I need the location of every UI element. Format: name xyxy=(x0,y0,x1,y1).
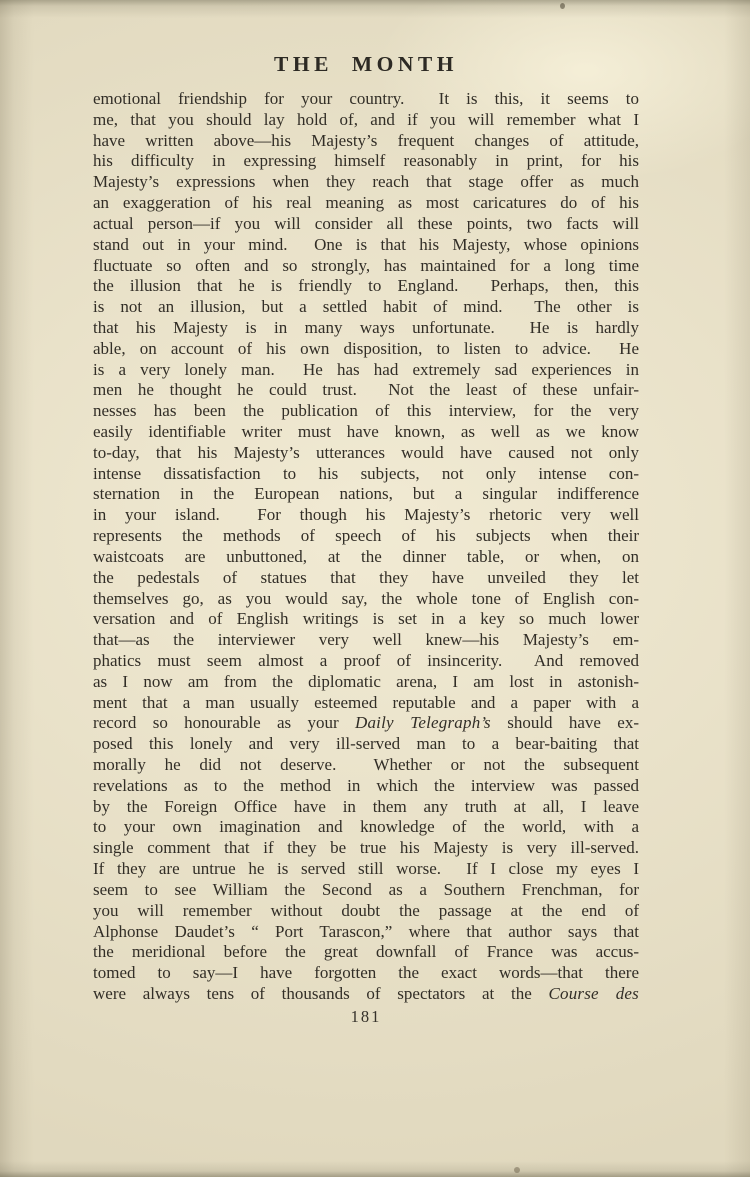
text-line: waistcoats are unbuttoned, at the dinner… xyxy=(93,547,639,568)
text-line: were always tens of thousands of spectat… xyxy=(93,984,639,1005)
text-line: in your island. For though his Majesty’s… xyxy=(93,505,639,526)
text-line: me, that you should lay hold of, and if … xyxy=(93,110,639,131)
book-page: THE MONTH emotional friendship for your … xyxy=(0,0,750,1177)
text-line: versation and of English writings is set… xyxy=(93,609,639,630)
text-line: to-day, that his Majesty’s utterances wo… xyxy=(93,443,639,464)
text-line: phatics must seem almost a proof of insi… xyxy=(93,651,639,672)
text-line: morally he did not deserve. Whether or n… xyxy=(93,755,639,776)
text-line: an exaggeration of his real meaning as m… xyxy=(93,193,639,214)
text-line: emotional friendship for your country. I… xyxy=(93,89,639,110)
text-line: is a very lonely man. He has had extreme… xyxy=(93,360,639,381)
text-line: that his Majesty is in many ways unfortu… xyxy=(93,318,639,339)
page-header: THE MONTH xyxy=(93,52,639,77)
text-line: single comment that if they be true his … xyxy=(93,838,639,859)
text-line: sternation in the European nations, but … xyxy=(93,484,639,505)
text-line: the pedestals of statues that they have … xyxy=(93,568,639,589)
text-line: actual person—if you will consider all t… xyxy=(93,214,639,235)
page-number: 181 xyxy=(93,1007,639,1027)
text-line: by the Foreign Office have in them any t… xyxy=(93,797,639,818)
text-line: fluctuate so often and so strongly, has … xyxy=(93,256,639,277)
text-line: able, on account of his own disposition,… xyxy=(93,339,639,360)
text-line: nesses has been the publication of this … xyxy=(93,401,639,422)
text-line: Alphonse Daudet’s “ Port Tarascon,” wher… xyxy=(93,922,639,943)
text-line: If they are untrue he is served still wo… xyxy=(93,859,639,880)
text-line: as I now am from the diplomatic arena, I… xyxy=(93,672,639,693)
text-line: is not an illusion, but a settled habit … xyxy=(93,297,639,318)
text-line: record so honourable as your Daily Teleg… xyxy=(93,713,639,734)
text-line: easily identifiable writer must have kno… xyxy=(93,422,639,443)
text-line: the meridional before the great downfall… xyxy=(93,942,639,963)
text-line: the illusion that he is friendly to Engl… xyxy=(93,276,639,297)
text-line: have written above—his Majesty’s frequen… xyxy=(93,131,639,152)
text-line: his difficulty in expressing himself rea… xyxy=(93,151,639,172)
text-line: represents the methods of speech of his … xyxy=(93,526,639,547)
text-line: posed this lonely and very ill-served ma… xyxy=(93,734,639,755)
text-line: to your own imagination and knowledge of… xyxy=(93,817,639,838)
text-line: ment that a man usually esteemed reputab… xyxy=(93,693,639,714)
text-line: seem to see William the Second as a Sout… xyxy=(93,880,639,901)
text-line: revelations as to the method in which th… xyxy=(93,776,639,797)
text-line: themselves go, as you would say, the who… xyxy=(93,589,639,610)
text-line: men he thought he could trust. Not the l… xyxy=(93,380,639,401)
text-line: stand out in your mind. One is that his … xyxy=(93,235,639,256)
text-line: intense dissatisfaction to his subjects,… xyxy=(93,464,639,485)
text-line: Majesty’s expressions when they reach th… xyxy=(93,172,639,193)
paper-speck xyxy=(560,3,565,9)
body-text: emotional friendship for your country. I… xyxy=(93,89,639,1005)
paper-speck xyxy=(514,1167,520,1173)
text-line: you will remember without doubt the pass… xyxy=(93,901,639,922)
text-line: that—as the interviewer very well knew—h… xyxy=(93,630,639,651)
text-line: tomed to say—I have forgotten the exact … xyxy=(93,963,639,984)
